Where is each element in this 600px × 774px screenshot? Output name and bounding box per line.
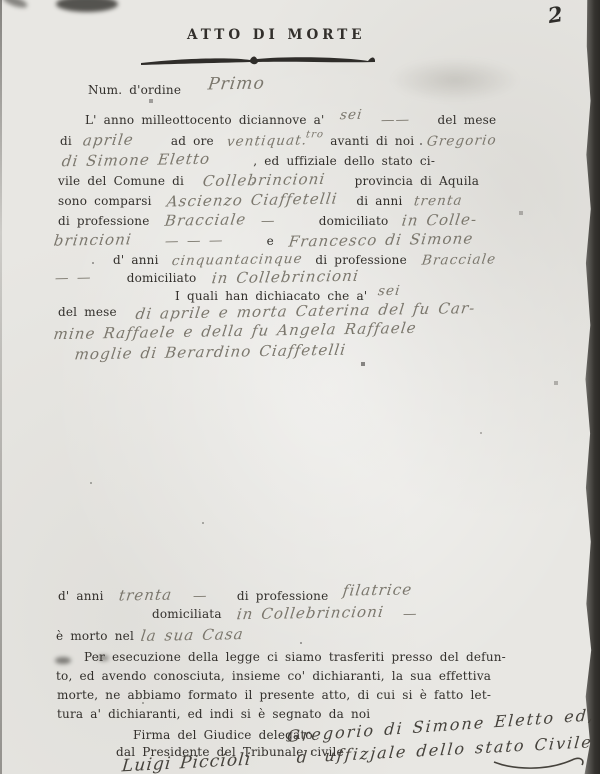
act-line-death2: mine Raffaele e della fu Angela Raffaele bbox=[54, 321, 416, 341]
hours-main: ventiquat. bbox=[226, 132, 308, 149]
handwritten-dash: — bbox=[260, 213, 277, 229]
handwritten-deceased-domicile: in Collebrincioni bbox=[236, 603, 385, 624]
handwritten-declarant2-name: Francesco di Simone bbox=[288, 229, 475, 250]
ornamental-rule bbox=[138, 52, 378, 68]
deceased-line-died: è morto nel la sua Casa bbox=[56, 625, 244, 645]
handwritten-declarant1-age: trenta bbox=[413, 193, 464, 210]
handwritten-death-details-3: moglie di Berardino Ciaffetelli bbox=[74, 341, 348, 364]
handwritten-dash: — bbox=[192, 588, 209, 604]
act-line-officer: di Simone Eletto , ed uffiziale dello st… bbox=[62, 150, 435, 170]
handwritten-death-details-2: mine Raffaele e della fu Angela Raffaele bbox=[52, 319, 417, 343]
printed-hours-label: ad ore bbox=[171, 134, 214, 148]
closing-line-1: Per esecuzione della legge ci siamo tras… bbox=[84, 646, 506, 666]
handwritten-dashes: — — — bbox=[164, 232, 225, 249]
handwritten-death-place: la sua Casa bbox=[140, 625, 245, 645]
act-line-month-hours: di aprile ad ore ventiquat.tro avanti di… bbox=[60, 130, 497, 150]
act-line-declarant1: sono comparsi Ascienzo Ciaffetelli di an… bbox=[58, 190, 462, 210]
act-line-declarant2: brincioni — — — e Francesco di Simone bbox=[54, 230, 473, 250]
printed-and: e bbox=[267, 234, 274, 248]
act-line-commune: vile del Comune di Collebrincioni provin… bbox=[58, 170, 479, 190]
ink-smudge bbox=[55, 657, 71, 664]
printed-officer-title: , ed uffiziale dello stato ci- bbox=[253, 154, 435, 168]
printed-profession-label: di professione bbox=[237, 589, 329, 603]
handwritten-dashes: — — bbox=[54, 270, 93, 287]
act-line-death3: moglie di Berardino Ciaffetelli bbox=[75, 342, 346, 362]
handwritten-death-day: sei bbox=[377, 283, 402, 299]
printed-commune-label: vile del Comune di bbox=[58, 174, 184, 188]
handwritten-domicile-continued: brincioni bbox=[53, 230, 133, 249]
deceased-line-age: d' anni trenta — di professione filatric… bbox=[58, 585, 413, 605]
printed-age-label: d' anni bbox=[113, 253, 159, 267]
handwritten-declarant1-profession: Bracciale bbox=[163, 210, 247, 229]
handwritten-hours: ventiquat.tro bbox=[226, 132, 324, 150]
closing-line-4: tura a' dichiaranti, ed indi si è segnat… bbox=[57, 703, 370, 723]
act-line-year: L' anno milleottocento diciannove a' sei… bbox=[85, 109, 496, 129]
signature-flourish bbox=[492, 752, 588, 772]
printed-province: provincia di Aquila bbox=[355, 174, 480, 188]
printed-closing-2: to, ed avendo conosciuta, insieme co' di… bbox=[56, 669, 491, 683]
hours-superscript: tro bbox=[305, 129, 325, 140]
page-number: 2 bbox=[546, 1, 565, 28]
act-line-declarant1-profession: di professione Bracciale — domiciliato i… bbox=[58, 210, 477, 230]
handwritten-declarant1-name: Ascienzo Ciaffetelli bbox=[165, 190, 338, 211]
order-number-value: Primo bbox=[207, 74, 266, 95]
printed-domicile-label: domiciliata bbox=[152, 607, 222, 621]
printed-closing-1: Per esecuzione della legge ci siamo tras… bbox=[84, 650, 506, 664]
printed-death-month-label: del mese bbox=[58, 305, 117, 319]
printed-profession-label: di professione bbox=[58, 214, 150, 228]
printed-domicile-label: domiciliato bbox=[319, 214, 389, 228]
ink-smudge bbox=[56, 0, 118, 12]
handwritten-commune: Collebrincioni bbox=[202, 170, 327, 190]
printed-died: è morto nel bbox=[56, 629, 134, 643]
handwritten-death-details-1: di aprile e morta Caterina del fu Car- bbox=[134, 299, 476, 323]
printed-domicile-label: domiciliato bbox=[127, 271, 197, 285]
paper-speckles bbox=[0, 0, 2, 2]
handwritten-day: sei bbox=[339, 107, 364, 123]
printed-profession-label: di professione bbox=[315, 253, 407, 267]
document-title: ATTO DI MORTE bbox=[187, 27, 366, 43]
scan-right-edge bbox=[578, 0, 600, 774]
deceased-line-domicile: domiciliata in Collebrincioni — bbox=[152, 603, 417, 623]
judge-signature-line: Luigi Piccioli bbox=[122, 751, 252, 774]
act-line-declarant2-age: d' anni cinquantacinque di professione B… bbox=[113, 249, 496, 269]
handwritten-officer-first-name: Gregorio bbox=[426, 132, 498, 149]
handwritten-dash: — bbox=[402, 606, 419, 622]
handwritten-dash: —— bbox=[380, 112, 411, 129]
printed-before-us: avanti di noi bbox=[330, 134, 414, 148]
printed-year-phrase: L' anno milleottocento diciannove a' bbox=[85, 113, 325, 127]
printed-age-label: d' anni bbox=[58, 589, 104, 603]
closing-line-2: to, ed avendo conosciuta, insieme co' di… bbox=[56, 665, 491, 685]
death-record-scan: 2 ATTO DI MORTE Num. d'ordine Primo L' a… bbox=[0, 0, 600, 774]
scan-left-edge bbox=[0, 0, 2, 774]
handwritten-officer-name: di Simone Eletto bbox=[61, 150, 212, 171]
handwritten-declarant2-profession: Bracciale bbox=[421, 251, 497, 268]
handwritten-deceased-profession: filatrice bbox=[342, 580, 414, 599]
printed-closing-4: tura a' dichiaranti, ed indi si è segnat… bbox=[57, 707, 370, 721]
handwritten-month: aprile bbox=[82, 131, 135, 150]
show-through-ghost bbox=[390, 58, 520, 102]
ink-smudge bbox=[1, 0, 29, 10]
order-number-label: Num. d'ordine bbox=[88, 83, 181, 97]
printed-month-label: del mese bbox=[438, 113, 497, 127]
handwritten-declarant1-domicile: in Colle- bbox=[400, 210, 478, 229]
printed-age-label: di anni bbox=[356, 194, 402, 208]
handwritten-deceased-age: trenta bbox=[118, 586, 174, 605]
printed-di: di bbox=[60, 134, 72, 148]
printed-closing-3: morte, ne abbiamo formato il presente at… bbox=[57, 688, 491, 702]
printed-appeared: sono comparsi bbox=[58, 194, 152, 208]
closing-line-3: morte, ne abbiamo formato il presente at… bbox=[57, 684, 491, 704]
act-line-declarant2-domicile: — — domiciliato in Collebrincioni bbox=[55, 267, 358, 287]
